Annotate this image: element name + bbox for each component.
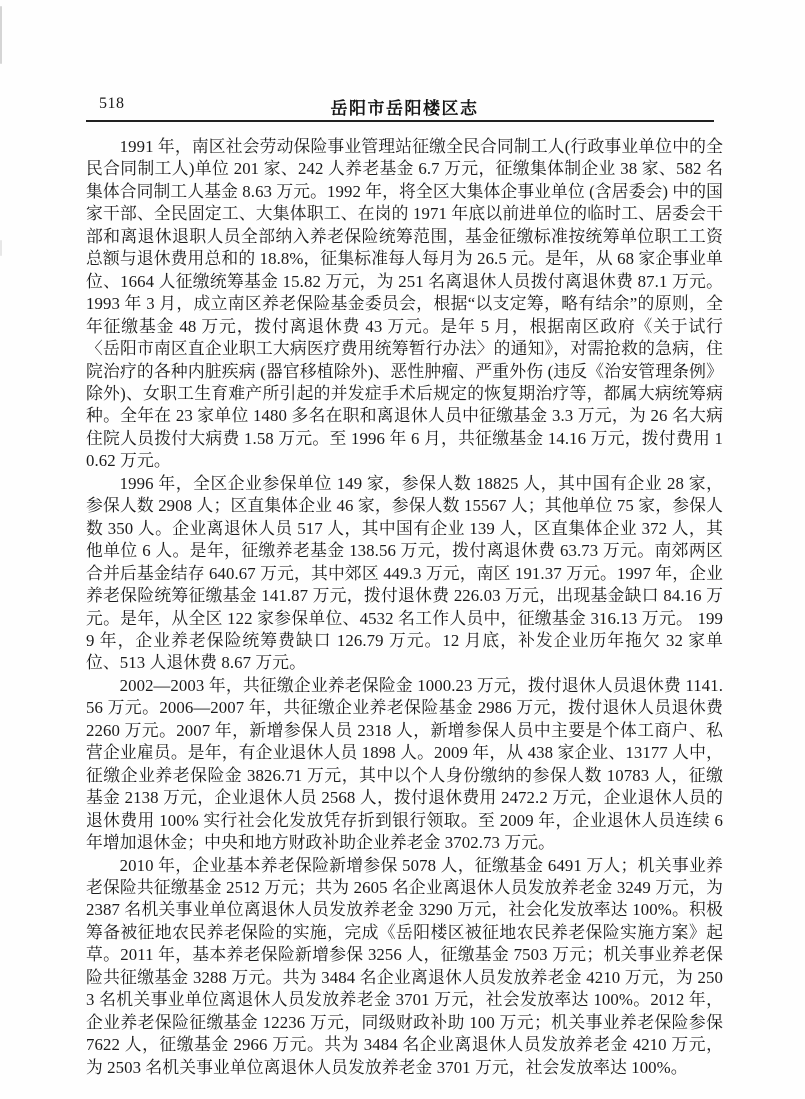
scan-edge-artifact	[0, 6, 2, 64]
document-page: 518 岳阳市岳阳楼区志 1991 年，南区社会劳动保险事业管理站征缴全民合同制…	[0, 0, 805, 1099]
paragraph-2002-2009: 2002—2003 年，共征缴企业养老保险金 1000.23 万元，拨付退休人员…	[86, 675, 723, 855]
paragraph-2010-2012: 2010 年，企业基本养老保险新增参保 5078 人，征缴基金 6491 万人；…	[86, 855, 723, 1080]
page-header-title: 岳阳市岳阳楼区志	[86, 94, 723, 119]
body-text: 1991 年，南区社会劳动保险事业管理站征缴全民合同制工人(行政事业单位中的全民…	[86, 136, 723, 1079]
scan-edge-artifact	[0, 240, 2, 256]
paragraph-1996-1999: 1996 年，全区企业参保单位 149 家，参保人数 18825 人，其中国有企…	[86, 473, 723, 675]
paragraph-1991-1993: 1991 年，南区社会劳动保险事业管理站征缴全民合同制工人(行政事业单位中的全民…	[86, 136, 723, 473]
header-divider	[86, 120, 714, 122]
page-header: 518 岳阳市岳阳楼区志	[86, 93, 723, 117]
